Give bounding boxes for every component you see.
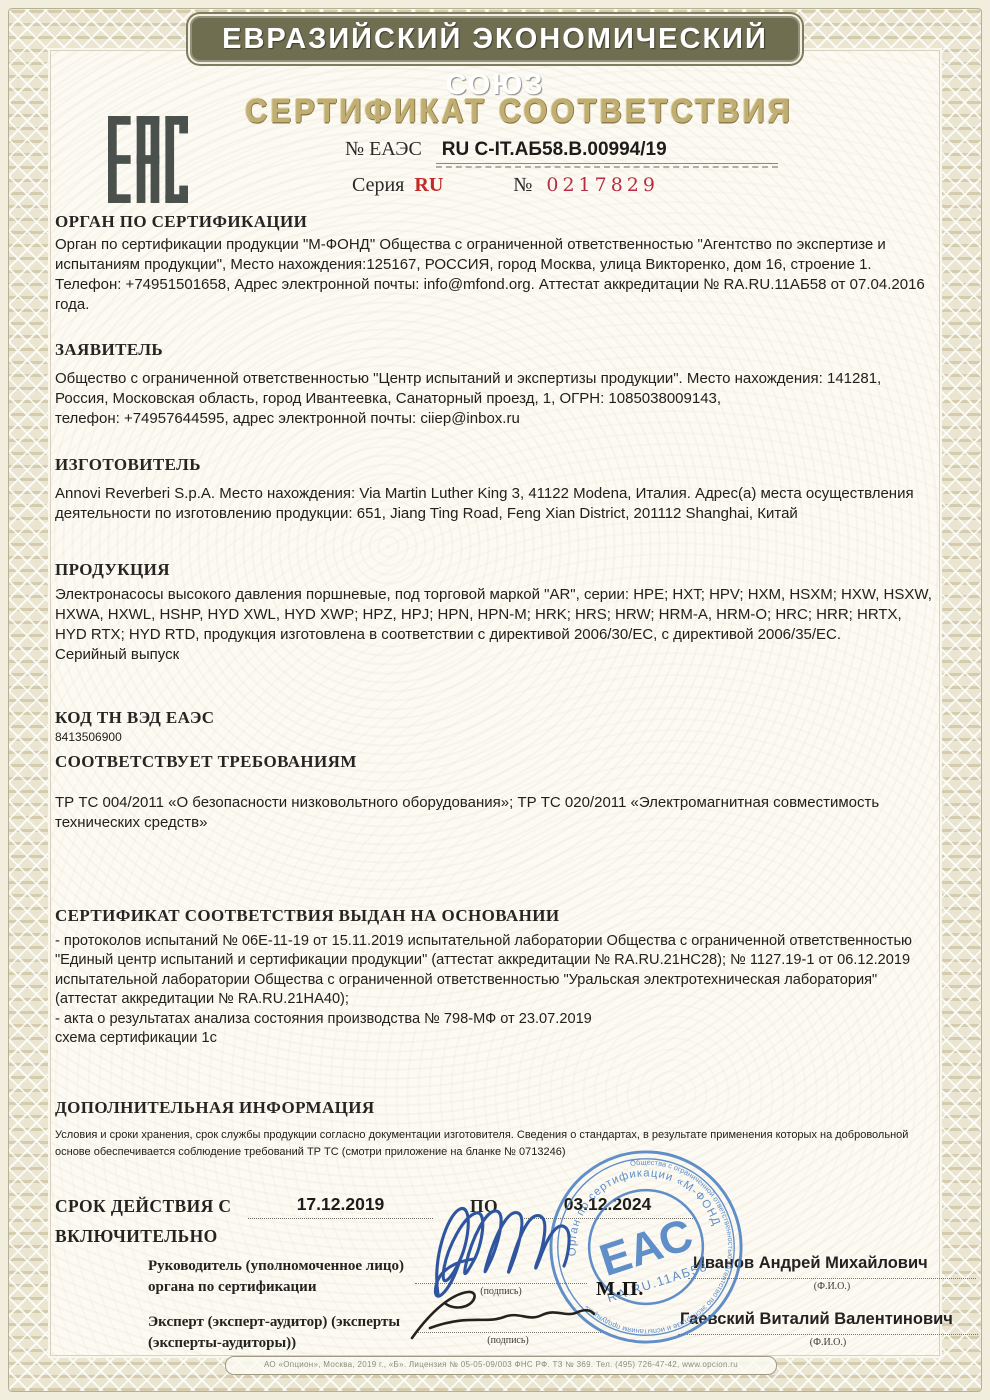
section-title: КОД ТН ВЭД ЕАЭС [55, 708, 937, 728]
section-title: СООТВЕТСТВУЕТ ТРЕБОВАНИЯМ [55, 752, 937, 772]
section-certification-body: ОРГАН ПО СЕРТИФИКАЦИИ Орган по сертифика… [55, 212, 937, 315]
certificate-number: RU С-IT.АБ58.В.00994/19 [436, 139, 778, 164]
stamp-here-label: М.П. [596, 1278, 644, 1301]
section-body: Общество с ограниченной ответственностью… [55, 369, 937, 429]
section-body: Условия и сроки хранения, срок службы пр… [55, 1127, 935, 1160]
section-issue-basis: СЕРТИФИКАТ СООТВЕТСТВИЯ ВЫДАН НА ОСНОВАН… [55, 906, 937, 1048]
section-title: ПРОДУКЦИЯ [55, 560, 937, 580]
section-additional-info: ДОПОЛНИТЕЛЬНАЯ ИНФОРМАЦИЯ Условия и срок… [55, 1098, 937, 1160]
section-tnved-code: КОД ТН ВЭД ЕАЭС 8413506900 [55, 708, 937, 744]
section-manufacturer: ИЗГОТОВИТЕЛЬ Annovi Reverberi S.p.A. Мес… [55, 455, 937, 524]
number-label: № ЕАЭС [345, 138, 422, 161]
head-of-body-label: Руководитель (уполномоченное лицо) орган… [148, 1256, 416, 1298]
validity-from-label: СРОК ДЕЙСТВИЯ С [55, 1196, 231, 1217]
section-title: ЗАЯВИТЕЛЬ [55, 340, 937, 360]
section-applicant: ЗАЯВИТЕЛЬ Общество с ограниченной ответс… [55, 340, 937, 429]
eac-logo-icon [108, 112, 188, 207]
section-title: ДОПОЛНИТЕЛЬНАЯ ИНФОРМАЦИЯ [55, 1098, 937, 1118]
section-body: - протоколов испытаний № 06Е-11-19 от 15… [55, 932, 937, 1048]
expert-label: Эксперт (эксперт-аудитор) (эксперты (экс… [148, 1312, 448, 1354]
validity-from-date: 17.12.2019 [248, 1194, 433, 1219]
series-label: Серия [352, 174, 404, 197]
certificate-page: ЕВРАЗИЙСКИЙ ЭКОНОМИЧЕСКИЙ СОЮЗ СЕРТИФИКА… [0, 0, 990, 1400]
section-title: ОРГАН ПО СЕРТИФИКАЦИИ [55, 212, 937, 232]
section-product: ПРОДУКЦИЯ Электронасосы высокого давлени… [55, 560, 937, 665]
tnved-code: 8413506900 [55, 730, 937, 744]
section-body: ТР ТС 004/2011 «О безопасности низковоль… [55, 793, 937, 833]
section-body: Электронасосы высокого давления поршневы… [55, 585, 937, 665]
blank-printer-footer: АО «Опцион», Москва, 2019 г., «Б». Лицен… [225, 1356, 777, 1375]
validity-inclusive-label: ВКЛЮЧИТЕЛЬНО [55, 1226, 218, 1247]
expert-signature-ink [408, 1286, 598, 1342]
section-body: Annovi Reverberi S.p.A. Место нахождения… [55, 484, 937, 524]
section-body: Орган по сертификации продукции "М-ФОНД"… [55, 235, 937, 315]
section-title: ИЗГОТОВИТЕЛЬ [55, 455, 937, 475]
section-title: СЕРТИФИКАТ СООТВЕТСТВИЯ ВЫДАН НА ОСНОВАН… [55, 906, 937, 926]
certificate-number-row: № ЕАЭС RU С-IT.АБ58.В.00994/19 [345, 138, 778, 164]
series-row: Серия RU № 0217829 [352, 174, 659, 197]
blank-number-label: № [513, 174, 532, 197]
series-value: RU [414, 174, 443, 197]
section-requirements: СООТВЕТСТВУЕТ ТРЕБОВАНИЯМ ТР ТС 004/2011… [55, 752, 937, 833]
blank-number-value: 0217829 [546, 174, 659, 196]
union-banner: ЕВРАЗИЙСКИЙ ЭКОНОМИЧЕСКИЙ СОЮЗ [190, 16, 800, 62]
